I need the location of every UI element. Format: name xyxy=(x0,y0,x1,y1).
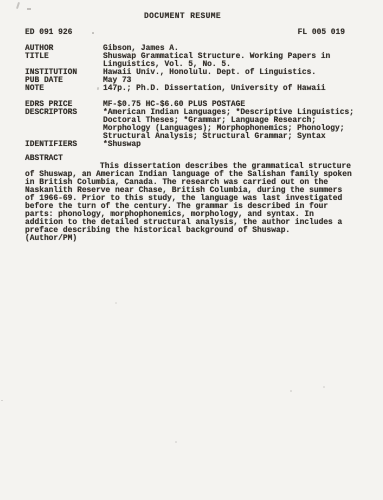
field-value-identifiers: *Shuswap xyxy=(103,141,358,149)
field-label-identifiers: IDENTIFIERS xyxy=(25,141,103,149)
document-resume-title: DOCUMENT RESUME xyxy=(16,13,349,21)
field-row-identifiers: IDENTIFIERS *Shuswap xyxy=(25,141,358,149)
field-value-descriptors: *American Indian Languages; *Descriptive… xyxy=(103,109,358,141)
scan-artifact xyxy=(16,2,20,9)
scan-artifact xyxy=(27,8,31,10)
bibliographic-fields: AUTHOR Gibson, James A. TITLE Shuswap Gr… xyxy=(25,45,358,93)
field-value-institution: Hawaii Univ., Honolulu. Dept. of Linguis… xyxy=(103,69,358,77)
abstract-line: (Author/PM) xyxy=(25,235,358,243)
field-row-title: TITLE Shuswap Grammatical Structure. Wor… xyxy=(25,53,358,69)
field-row-note: NOTE 147p.; Ph.D. Dissertation, Universi… xyxy=(25,85,358,93)
scan-artifact xyxy=(92,32,94,34)
scanned-document-page: DOCUMENT RESUME ED 091 926 FL 005 019 AU… xyxy=(0,0,383,500)
scan-artifact xyxy=(115,302,117,304)
abstract-body: This dissertation describes the grammati… xyxy=(25,163,358,243)
field-value-title: Shuswap Grammatical Structure. Working P… xyxy=(103,53,358,69)
scan-artifact xyxy=(1,400,3,401)
scan-artifact xyxy=(175,441,177,443)
clearinghouse-number: FL 005 019 xyxy=(298,29,345,37)
field-label-descriptors: DESCRIPTORS xyxy=(25,109,103,117)
field-label-note: NOTE xyxy=(25,85,103,93)
field-value-note: 147p.; Ph.D. Dissertation, University of… xyxy=(103,85,358,93)
field-row-descriptors: DESCRIPTORS *American Indian Languages; … xyxy=(25,109,358,141)
accession-number-line: ED 091 926 FL 005 019 xyxy=(25,29,358,37)
field-row-institution: INSTITUTION Hawaii Univ., Honolulu. Dept… xyxy=(25,69,358,77)
field-label-title: TITLE xyxy=(25,53,103,61)
eric-index-fields: EDRS PRICE MF-$0.75 HC-$6.60 PLUS POSTAG… xyxy=(25,101,358,149)
scan-artifact xyxy=(323,386,325,388)
ed-number: ED 091 926 xyxy=(25,29,72,37)
scan-artifact xyxy=(290,390,292,392)
